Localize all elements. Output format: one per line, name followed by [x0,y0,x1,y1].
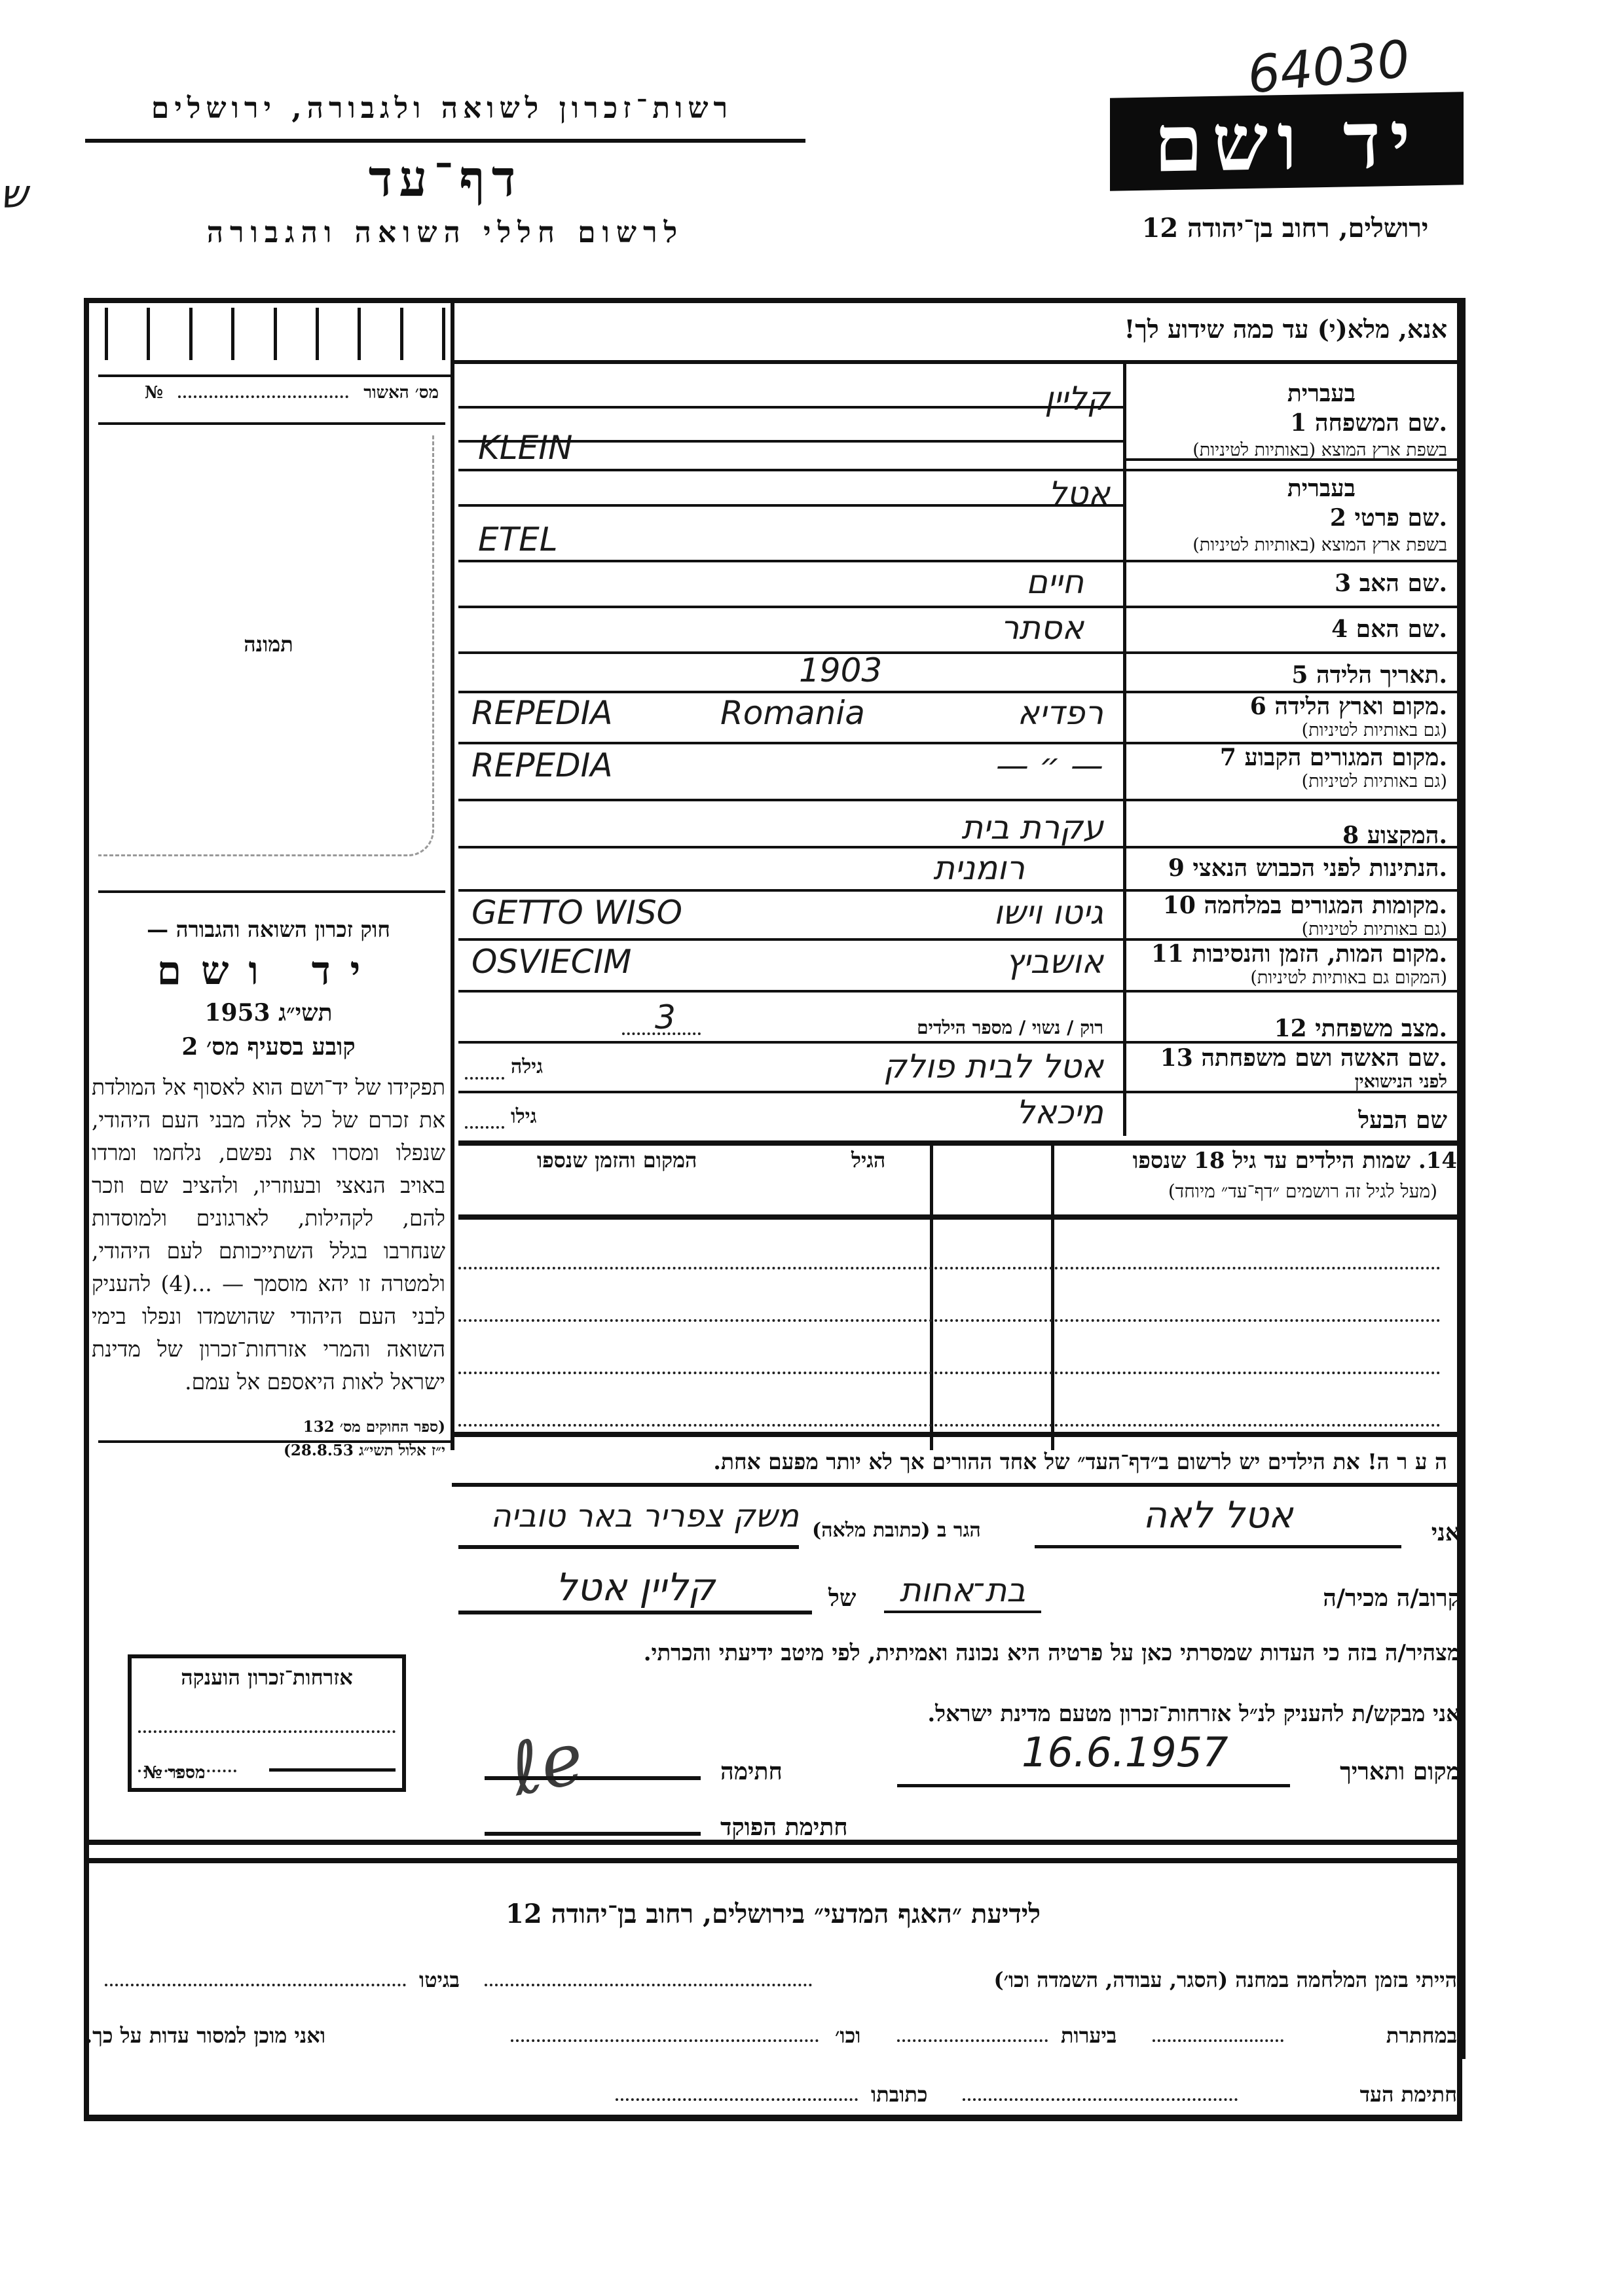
divider [458,1041,1457,1044]
field-label: שם האשה ושם משפחתה 13. [1160,1044,1447,1072]
relation-line [884,1611,1041,1613]
field-sublabel: בשפת ארץ המוצא (באותיות לטיניות) [1192,535,1447,555]
divider [98,374,452,377]
divider [458,440,1123,443]
divider [458,406,1123,409]
place-of-death-latin: OSVIECIM [471,943,631,981]
marital-status-input[interactable]: רוק / נשוי / מספר הילדים 3 [458,998,1123,1044]
field-label: מקום המגורים הקבוע 7. [1220,744,1447,771]
research-department-title: לידיעת ״האגף המדעי״ בירושלים, רחוב בן־יה… [84,1899,1462,1929]
divider [458,1214,1460,1220]
approval-label: מס׳ האשור [363,383,439,403]
divider [1126,458,1457,461]
nationality-value: רומנית [933,849,1025,887]
of-label: של [828,1584,856,1612]
declarant-name-line [1035,1545,1401,1548]
witness-address-line[interactable] [616,2098,858,2101]
children-table-header: 14. שמות הילדים עד גיל 18 שנספו (מעל לגי… [458,1142,1457,1218]
field-sublabel: בשפת ארץ המוצא (באותיות לטיניות) [1192,440,1447,460]
profession-input[interactable]: עקרת בית [458,809,1123,851]
divider [452,360,1460,364]
field-label: תאריך הלידה 5. [1291,661,1447,689]
divider [458,504,1123,507]
place-date-line [897,1784,1290,1787]
divider [85,139,805,143]
declarant-name-value[interactable]: אטל לאה [1048,1494,1388,1537]
law-reference: (ספר החוקים מס׳ 132 י״ז אלול תשי״ג 28.8.… [92,1415,445,1463]
place-date-label: מקום ותאריך [1340,1758,1460,1785]
instruction-text: אנא, מלא(י) עד כמה שידוע לך! [458,314,1447,344]
witness-signature-label: חתימת העד [1360,2082,1457,2107]
place-date-value[interactable]: 16.6.1957 [1022,1728,1228,1776]
father-name-value: חיים [1026,563,1084,601]
children-table-sublabel: (מעל לגיל זה רושמים ״דף־עד״ מיוחד) [1168,1180,1437,1203]
remembrance-citizenship-box: אזרחות־זכרון הוענקה מספר № [128,1654,406,1792]
divider [458,560,1457,562]
of-name-value[interactable]: קליין אטל [471,1565,799,1609]
birth-country: Romania [720,694,865,732]
yad-vashem-logo: יד ושם [1110,92,1464,191]
wife-age-label: גילה [511,1055,543,1078]
divider [84,1858,1462,1863]
remembrance-line[interactable] [138,1730,396,1733]
field-sublabel: (המקום גם באותיות לטיניות) [1250,968,1447,988]
law-text: תפקידו של יד־ושם הוא לאסוף אל המולדת את … [92,1071,445,1398]
residence-input[interactable]: REPEDIA — ״ — [458,746,1123,792]
husband-age-label: גילו [511,1105,536,1128]
official-signature-line[interactable] [485,1832,701,1836]
underground-line[interactable] [1153,2039,1283,2042]
camp-line[interactable] [485,1984,812,1986]
law-excerpt: חוק זכרון השואה והגבורה — יד ושם תשי״ג 1… [92,917,445,1463]
divider [98,890,445,893]
underground-label: במחתרת [1386,2023,1457,2048]
margin-handwritten-mark: ש [0,172,28,217]
law-reference-line: (ספר החוקים מס׳ 132 [92,1415,445,1439]
family-name-latin: KLEIN [478,429,572,467]
etc-line[interactable] [511,2039,819,2042]
field-label: מצב משפחתי 12. [1274,1015,1447,1042]
residence-hebrew: — ״ — [996,746,1103,784]
children-count-value: 3 [655,998,676,1036]
wife-name-value: אטל לבית פולק [883,1048,1103,1085]
law-name: יד ושם [92,948,445,994]
wife-name-input[interactable]: גילה אטל לבית פולק [458,1048,1123,1090]
field-label: המקצוע 8. [1342,822,1447,849]
relation-value[interactable]: בת־אחות [884,1571,1041,1609]
field-sublabel: (גם באותיות לטיניות) [1302,919,1447,939]
field-sublabel: לפני הנישואין [1355,1072,1447,1092]
field-label: שם פרטי 2. [1330,504,1447,532]
birth-date-value: 1903 [799,651,882,689]
signature-label: חתימה [720,1758,783,1785]
note-text: ה ע ר ה! את הילדים יש לרשום ב״דף־העד״ של… [458,1449,1447,1475]
photo-label: תמונה [98,632,439,657]
tick-marks [105,308,445,373]
ghetto-label: בגיטו [419,1967,460,1992]
birthplace-latin: REPEDIA [471,694,613,732]
authority-name: רשות־זכרון לשואה ולגבורה, ירושלים [79,92,805,125]
field-label: שם האם 4. [1331,615,1447,643]
declaration-i-label: אני [1431,1519,1460,1546]
field-label: מקומות המגורים במלחמה 10. [1163,892,1447,919]
field-label: מקום המות, הזמן והנסיבות 11. [1151,940,1447,968]
children-table-row[interactable] [458,1372,1441,1374]
hebrew-prefix: בעברית [1287,475,1356,502]
divider [84,2115,1462,2121]
field-label: מקום וארץ הלידה 6. [1250,693,1447,720]
husband-name-value: מיכאל [1016,1093,1103,1131]
divider [98,1440,452,1443]
divider [84,1840,1462,1845]
logo-address: ירושלים, רחוב בן־יהודה 12 [1107,213,1464,244]
divider [452,1483,1460,1487]
wartime-residence-latin: GETTO WISO [471,894,682,932]
etc-label: וכו׳ [835,2023,860,2048]
of-name-line [458,1611,812,1614]
first-name-input[interactable]: אטל ETEL [458,471,1123,563]
place-of-death-hebrew: אושביץ [1005,943,1103,981]
residence-latin: REPEDIA [471,746,613,784]
children-table-label: 14. שמות הילדים עד גיל 18 שנספו [1133,1148,1457,1174]
divider [458,846,1457,848]
page-subtitle: לרשום חללי השואה והגבורה [157,216,733,249]
mother-name-value: אסתר [1001,609,1084,647]
declaration-statement: מצהיר/ה בזה כי העדות שמסרתי כאן על פרטיה… [644,1640,1460,1666]
children-table-row[interactable] [458,1424,1441,1427]
place-time-column-header: המקום והזמן שנספו [537,1148,697,1173]
wife-age-line [465,1077,504,1080]
husband-name-input[interactable]: גילו מיכאל [458,1093,1123,1136]
column-divider [451,298,454,1450]
relation-label: קרוב/ה מכיר/ה [1323,1584,1460,1612]
first-name-latin: ETEL [478,520,558,558]
divider [98,422,445,425]
field-label: הנתינות לפני הכבוש הנאצי 9. [1168,854,1447,882]
citizenship-request: אני מבקש/ת להעניק לנ״ל אזרחות־זכרון מטעם… [927,1701,1460,1727]
wartime-residence-hebrew: גיטו וישו [993,894,1103,932]
divider [269,1768,396,1772]
camp-label: הייתי בזמן המלחמה במחנה (הסגר, עבודה, הש… [993,1967,1457,1992]
children-table-row[interactable] [458,1267,1441,1269]
address-value[interactable]: משק צפריר באר טוביה [393,1498,799,1535]
husband-age-line [465,1126,504,1129]
father-name-input[interactable]: חיים [458,563,1123,606]
marital-options: רוק / נשוי / מספר הילדים [917,1017,1103,1039]
law-title: חוק זכרון השואה והגבורה — [92,917,445,943]
place-of-death-input[interactable]: OSVIECIM אושביץ [458,943,1123,989]
birth-date-input[interactable]: 1903 [458,651,1123,691]
forests-label: ביערות [1061,2023,1116,2048]
divider [458,990,1457,993]
field-sublabel: (גם באותיות לטיניות) [1302,720,1447,740]
profession-value: עקרת בית [961,809,1103,847]
field-label: שם הבעל [1358,1106,1447,1134]
approval-number-field[interactable]: מס׳ האשור № [98,383,439,403]
field-label: שם המשפחה 1. [1290,409,1447,437]
birthplace-input[interactable]: REPEDIA Romania רפדיא [458,694,1123,740]
divider [452,1432,1460,1437]
birthplace-hebrew: רפדיא [1018,694,1103,732]
frame-border [1460,298,1466,2059]
age-column-header: הגיל [851,1148,885,1173]
wartime-residence-input[interactable]: GETTO WISO גיטו וישו [458,894,1123,939]
children-table-row[interactable] [458,1319,1441,1322]
remembrance-number-label: מספר № [143,1763,205,1783]
column-divider [1051,1142,1054,1450]
witness-address-label: כתובתו [871,2082,927,2107]
field-first-name: בעברית שם פרטי 2. בשפת ארץ המוצא (באותיו… [1126,475,1447,573]
page-title: דף־עד [314,149,576,208]
address-label: הגר ב (כתובת מלאה) [812,1519,981,1542]
ghetto-line[interactable] [105,1984,406,1986]
field-sublabel: (גם באותיות לטיניות) [1302,771,1447,792]
nationality-input[interactable]: רומנית [458,849,1123,888]
law-clause: קובע בסעיף מס׳ 2 [92,1033,445,1061]
witness-signature-line[interactable] [963,2098,1238,2101]
remembrance-box-title: אזרחות־זכרון הוענקה [132,1665,402,1690]
hebrew-prefix: בעברית [1287,380,1356,407]
divider [458,606,1457,608]
frame-border [84,1858,89,2120]
number-symbol: № [145,383,163,403]
forests-line[interactable] [897,2039,1048,2042]
mother-name-input[interactable]: אסתר [458,609,1123,651]
column-divider [930,1142,933,1450]
family-name-hebrew: קליין [1044,380,1110,418]
field-label: שם האב 3. [1335,570,1447,597]
first-name-hebrew: אטל [1048,475,1110,513]
divider [458,799,1457,801]
law-year: תשי״ג 1953 [92,999,445,1027]
address-line [458,1545,799,1549]
testimony-offer: ואני מוכן למסור עדות על כך. [85,2023,325,2048]
official-signature-label: חתימת הפוקד [720,1813,848,1841]
